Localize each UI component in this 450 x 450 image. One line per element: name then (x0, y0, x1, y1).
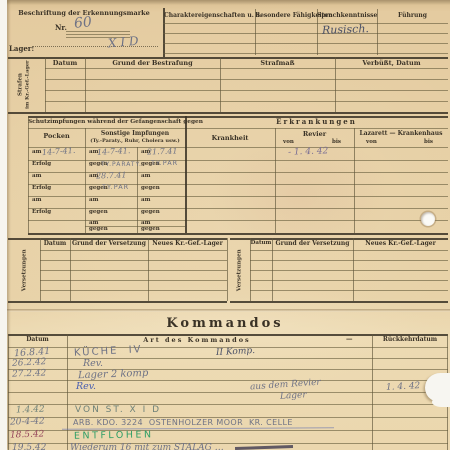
kommandos-col-rueckkehr: Rückkehrdatum (372, 337, 448, 343)
divider-line (220, 57, 221, 112)
hw-kommando-entry: Rev. (76, 382, 96, 392)
hw-kommando-date: 18.5.42 (10, 430, 45, 440)
punch-hole (421, 212, 435, 226)
side-label-strafen: Strafen im Kr.-Gef.-Lager (17, 57, 30, 113)
pow-record-card-scan: Beschriftung der Erkennungsmarke Nr. 60 … (0, 0, 450, 450)
hw-impf-date: 28.7.41 (96, 171, 127, 180)
rule-line (28, 196, 185, 197)
revier-von-label: von (283, 140, 294, 146)
printed-gegen-label: gegen (141, 210, 160, 216)
rule-line (28, 147, 448, 148)
rule-line (8, 301, 227, 303)
printed-am-label: am (32, 198, 41, 204)
pocken-col-header: Pocken (28, 133, 85, 140)
divider-line (8, 334, 9, 450)
rule-line (45, 90, 448, 91)
hw-escape-entry: ENTFLOHEN (74, 430, 154, 441)
rule-line (40, 280, 227, 281)
side-label-strafen-line2: im Kr.-Gef.-Lager (24, 60, 30, 109)
lazarett-von-label: von (366, 140, 377, 146)
divider-line (353, 238, 354, 301)
printed-gegen-label: gegen (89, 227, 108, 233)
printed-am-label: am (141, 174, 150, 180)
divider-line (354, 128, 355, 233)
rule-line (185, 184, 448, 185)
sonstige-col-subheader: (Ty.-Paraty., Ruhr, Cholera usw.) (85, 139, 185, 144)
kommandos-col-datum: Datum (8, 337, 67, 343)
rule-line (250, 280, 448, 281)
divider-line (317, 9, 318, 55)
versetzungen-col-neues: Neues Kr.-Gef.-Lager (353, 241, 448, 247)
divider-line (70, 238, 71, 301)
rule-line (250, 290, 448, 291)
kommandos-title: Kommandos (0, 317, 450, 331)
versetzungen-col-datum: Datum (250, 241, 272, 247)
rule-line (40, 290, 227, 291)
versetzungen-col-neues: Neues Kr.-Gef.-Lager (148, 241, 227, 247)
krankheit-col-header: Krankheit (185, 135, 275, 142)
hw-language-entry: Rusisch. (322, 23, 369, 36)
revier-col-header: Revier (275, 131, 354, 138)
divider-line (372, 334, 373, 450)
printed-am-label: am (32, 150, 41, 156)
printed-am-label: am (89, 198, 98, 204)
rule-line (163, 33, 448, 34)
fold-crease (0, 309, 450, 312)
kommandos-col-art: Art des Kommandos (67, 337, 327, 344)
hw-impf-date: 21.7.41 (147, 147, 178, 156)
hw-kommando-company: II Komp. (216, 347, 255, 358)
hw-kommando-date: 19.5.42 (12, 444, 46, 450)
rule-line (8, 380, 448, 381)
rule-line (28, 233, 448, 235)
versetzungen-col-grund: Grund der Versetzung (70, 241, 148, 247)
divider-line (272, 238, 273, 301)
printed-gegen-label: gegen (89, 210, 108, 216)
impfungen-title: Schutzimpfungen während der Gefangenscha… (28, 119, 185, 125)
rule-line (28, 220, 185, 221)
printed-erfolg-label: Erfolg (32, 162, 51, 168)
rule-line (40, 250, 227, 251)
rule-line (28, 128, 448, 129)
strafen-col-strafmass: Strafmaß (220, 60, 335, 67)
revier-bis-label: bis (332, 140, 341, 146)
lazarett-col-header: Lazarett — Krankenhaus (354, 131, 448, 137)
paper-tear (432, 397, 450, 407)
divider-line (335, 57, 336, 112)
divider-line (85, 128, 86, 233)
rule-line (185, 172, 448, 173)
rule-line (185, 220, 448, 221)
printed-am-label: am (141, 198, 150, 204)
rule-line (185, 160, 448, 161)
printed-erfolg-label: Erfolg (32, 210, 51, 216)
sprachkenntnisse-col-header: Sprachkenntnisse (317, 13, 377, 19)
side-label-versetzungen: Versetzungen (237, 240, 244, 300)
sonstige-col-header: Sonstige Impfungen (85, 131, 185, 137)
rule-line (185, 208, 448, 209)
rule-line (8, 404, 448, 405)
rule-line (8, 392, 448, 393)
side-label-strafen-line1: Strafen (17, 73, 23, 96)
hw-lager-value: X I D (108, 35, 139, 50)
printed-gegen-label: gegen (141, 227, 160, 233)
rule-line (8, 369, 448, 370)
hw-kommando-date: 26.2.42 (12, 358, 47, 369)
rule-line (8, 112, 448, 114)
hw-tag-number: 60 (73, 15, 92, 31)
hw-kommando-date: 1.4.42 (16, 406, 45, 416)
hw-impf-against: TY.PAR (151, 160, 178, 167)
divider-line (250, 238, 251, 301)
hw-impf-against: TY.PAR (102, 184, 129, 191)
fuehrung-col-header: Führung (377, 13, 448, 19)
versetzungen-col-datum: Datum (40, 241, 70, 247)
divider-line (275, 128, 276, 233)
rule-line (45, 101, 448, 102)
hw-kommando-entry: Rev. (83, 359, 103, 369)
rule-line (230, 301, 448, 303)
rule-line (163, 43, 448, 44)
side-label-versetzungen: Versetzungen (22, 240, 29, 300)
rule-line (250, 250, 448, 251)
strafen-col-verbuesst: Verbüßt, Datum (335, 60, 448, 67)
divider-line (377, 9, 378, 55)
divider-line (85, 57, 86, 112)
divider-line (227, 238, 228, 301)
faehigkeiten-col-header: Besondere Fähigkeiten (255, 13, 317, 19)
hw-kommando-note: Lager (280, 391, 307, 401)
hw-kommando-entry: ARB. KDO. 3224 OSTENHOLZER MOOR KR. CELL… (73, 419, 293, 427)
divider-line (185, 116, 187, 233)
printed-am-label: am (32, 174, 41, 180)
hw-kommando-date: 20-4-42 (10, 417, 45, 427)
rule-line (250, 260, 448, 261)
rule-line (45, 68, 448, 69)
rule-line (185, 196, 448, 197)
divider-line (137, 147, 138, 233)
hw-kommando-entry: VON ST. X I D (75, 406, 161, 415)
divider-line (148, 238, 149, 301)
lager-label: Lager: (9, 45, 34, 52)
rule-line (40, 270, 227, 271)
hw-kommando-date: 27.2.42 (12, 369, 47, 379)
rule-line (163, 53, 448, 54)
lazarett-bis-label: bis (424, 140, 433, 146)
rule-line (45, 79, 448, 80)
strafen-col-grund: Grund der Bestrafung (85, 60, 220, 67)
divider-line (67, 334, 68, 450)
divider-line (28, 116, 29, 233)
scan-edge-shadow (0, 0, 450, 5)
hw-pocken-date: 14-7-41. (42, 147, 76, 157)
hw-kommando-entry: KÜCHE IV (74, 345, 143, 359)
rule-line (163, 23, 448, 24)
printed-erfolg-label: Erfolg (32, 186, 51, 192)
printed-gegen-label: gegen (141, 186, 160, 192)
erkrankungen-title: Erkrankungen (185, 118, 448, 125)
strikethrough-stroke (235, 445, 293, 450)
divider-line (255, 9, 256, 55)
divider-line (45, 57, 46, 112)
charakter-col-header: Charaktereigenschaften u. a. (164, 13, 255, 19)
hw-kommando-entry: Wiederum 16 mit zum STALAG … (70, 444, 224, 450)
hw-impf-against: TY.PARATY. (101, 162, 142, 168)
rule-line (40, 260, 227, 261)
rule-line (250, 270, 448, 271)
hw-return-date: 1. 4. 42 (386, 382, 421, 393)
strafen-col-datum: Datum (45, 60, 85, 67)
versetzungen-col-grund: Grund der Versetzung (272, 241, 353, 247)
divider-line (40, 238, 41, 301)
scan-margin-strip (0, 0, 7, 450)
kommandos-header-dash: — (346, 336, 353, 343)
hw-revier-until-date: - 1. 4. 42 (288, 147, 329, 157)
hw-impf-date: 14-7-41. (97, 147, 131, 157)
